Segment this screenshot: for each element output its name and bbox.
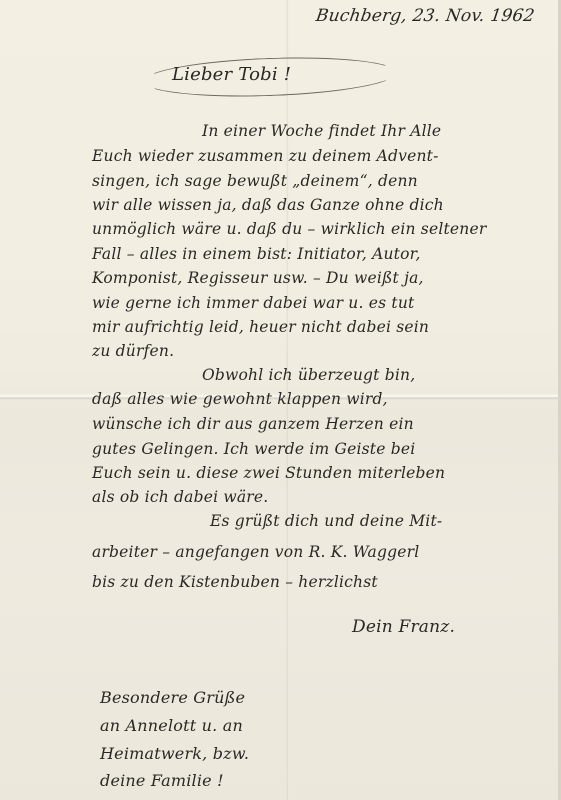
letter-line: Komponist, Regisseur usw. – Du weißt ja, [92, 269, 424, 287]
letter-line: wir alle wissen ja, daß das Ganze ohne d… [92, 196, 444, 214]
postscript-line: Heimatwerk, bzw. [100, 744, 249, 763]
letter-line: singen, ich sage bewußt „deinem“, denn [92, 172, 418, 190]
letter-page: Buchberg, 23. Nov. 1962 Lieber Tobi ! In… [0, 0, 561, 800]
postscript-line: an Annelott u. an [100, 716, 243, 735]
letter-line: Euch sein u. diese zwei Stunden miterleb… [92, 464, 445, 482]
closing-line: arbeiter – angefangen von R. K. Waggerl [92, 543, 419, 561]
letter-line: Euch wieder zusammen zu deinem Advent- [92, 147, 439, 165]
postscript-line: deine Familie ! [100, 771, 224, 790]
letter-line: gutes Gelingen. Ich werde im Geiste bei [92, 440, 415, 458]
letter-line: zu dürfen. [92, 342, 174, 360]
closing-line: bis zu den Kistenbuben – herzlichst [92, 573, 378, 591]
letter-line: mir aufrichtig leid, heuer nicht dabei s… [92, 318, 429, 336]
place-and-date: Buchberg, 23. Nov. 1962 [315, 6, 536, 26]
letter-line: In einer Woche findet Ihr Alle [202, 122, 441, 140]
letter-line: Fall – alles in einem bist: Initiator, A… [92, 245, 421, 263]
postscript-line: Besondere Grüße [100, 688, 245, 707]
closing-line: Es grüßt dich und deine Mit- [210, 512, 442, 530]
signature: Dein Franz. [352, 617, 455, 637]
letter-line: daß alles wie gewohnt klappen wird, [92, 390, 388, 408]
letter-line: unmöglich wäre u. daß du – wirklich ein … [92, 220, 486, 238]
letter-line: als ob ich dabei wäre. [92, 488, 268, 506]
salutation: Lieber Tobi ! [172, 64, 291, 85]
letter-line: Obwohl ich überzeugt bin, [202, 366, 415, 384]
letter-line: wie gerne ich immer dabei war u. es tut [92, 294, 414, 312]
letter-line: wünsche ich dir aus ganzem Herzen ein [92, 415, 414, 433]
